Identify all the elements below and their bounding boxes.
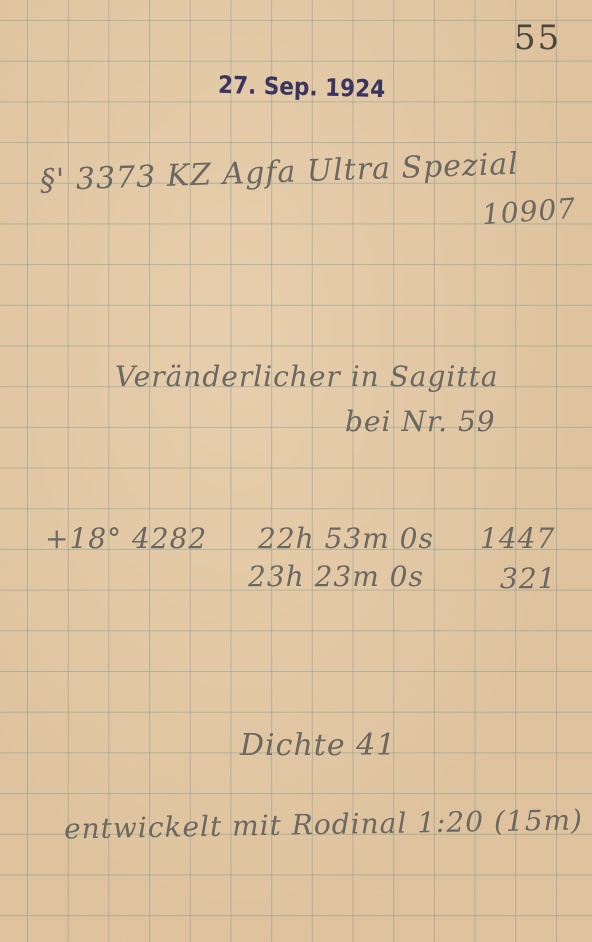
page-number: 55 <box>514 18 561 58</box>
value-2: 321 <box>500 562 556 595</box>
note-line-1: Veränderlicher in Sagitta <box>115 360 499 393</box>
exposure-start-time: 22h 53m 0s <box>258 522 434 555</box>
notebook-page: 55 27. Sep. 1924 §' 3373 KZ Agfa Ultra S… <box>0 0 592 942</box>
date-stamp: 27. Sep. 1924 <box>218 71 386 103</box>
plate-number: 10907 <box>481 192 577 231</box>
note-line-2: bei Nr. 59 <box>345 405 496 438</box>
plate-description: §' 3373 KZ Agfa Ultra Spezial <box>40 147 520 199</box>
declination-zone: +18° 4282 <box>45 522 207 555</box>
value-1: 1447 <box>480 522 555 555</box>
development-note: entwickelt mit Rodinal 1:20 (15m) <box>64 803 583 845</box>
quality-note: Dichte 41 <box>240 728 396 763</box>
exposure-end-time: 23h 23m 0s <box>248 560 424 593</box>
